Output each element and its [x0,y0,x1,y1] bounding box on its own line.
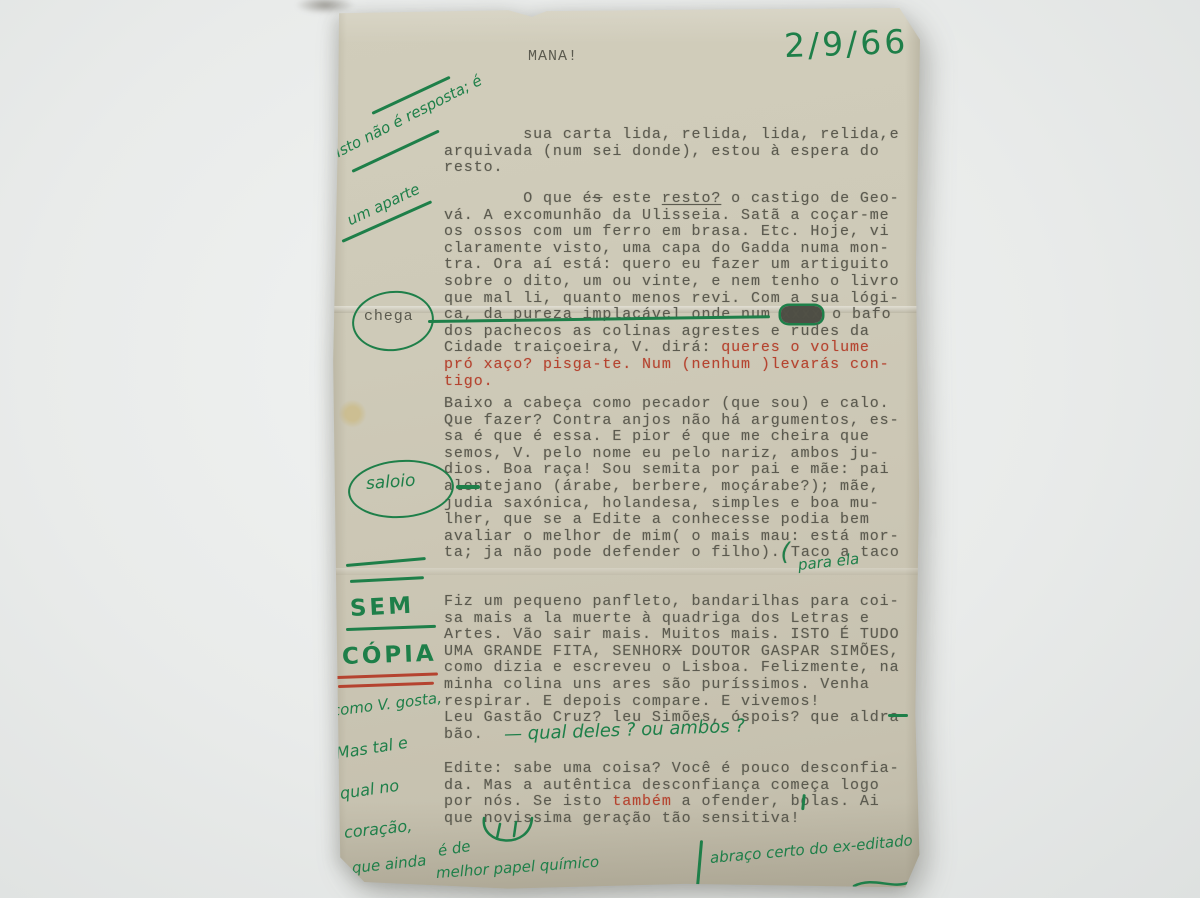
typed-paragraph-3: Baixo a cabeça como pecador (que sou) e … [444,395,926,561]
typed-line: Que fazer? Contra anjos não há argumento… [444,412,926,429]
typed-text-segment: sa é que é essa. E pior é que me cheira … [444,428,870,445]
typed-line: sobre o dito, um ou vinte, e nem tenho o… [444,273,926,290]
typed-text-segment: sa mais a la muerte à quadriga dos Letra… [444,610,870,627]
salutation: MANA! [528,48,578,65]
typed-line: O que és este resto? o castigo de Geo- [444,190,926,207]
typed-text-segment: dios. Boa raça! Sou semita por pai e mãe… [444,461,890,478]
doodle-face [478,814,540,854]
typed-text-segment: resto. [444,159,503,176]
typed-line: sua carta lida, relida, lida, relida,e [444,126,926,143]
margin-note-qual-no: qual no [339,776,401,803]
typed-line: claramente visto, uma capa do Gadda numa… [444,240,926,257]
typed-line: respirar. E depois compare. E vivemos! [444,693,926,710]
typed-line: da. Mas a autêntica desconfiança começa … [444,777,926,794]
typed-text-segment: Baixo a cabeça como pecador (que sou) e … [444,395,890,412]
typed-line: Edite: sabe uma coisa? Você é pouco desc… [444,760,926,777]
typed-line: Baixo a cabeça como pecador (que sou) e … [444,395,926,412]
typed-text-segment: avaliar o melhor de mim( o mais mau: est… [444,528,899,545]
typed-line: Cidade traiçoeira, V. dirá: queres o vol… [444,339,926,356]
letter-paper: MANA! 2/9/66 sua carta lida, relida, lid… [332,8,920,890]
typed-line: dos pachecos as colinas agrestes e rudes… [444,323,926,340]
letter-photo: MANA! 2/9/66 sua carta lida, relida, lid… [0,0,1200,898]
typed-line: sa é que é essa. E pior é que me cheira … [444,428,926,445]
typed-paragraph-1: sua carta lida, relida, lida, relida,ear… [444,126,926,176]
typed-text-segment: arquivada (num sei donde), estou à esper… [444,143,880,160]
typed-text-segment: este [602,190,661,207]
typed-text-segment: como dizia e escreveu o Lisboa. Felizmen… [444,659,899,676]
typed-text-segment: tigo. [444,373,494,390]
typed-line: lher, que se a Edite a conhecesse podia … [444,511,926,528]
typed-text-segment: claramente visto, uma capa do Gadda numa… [444,240,890,257]
typed-text-segment: lher, que se a Edite a conhecesse podia … [444,511,870,528]
margin-word-chega: chega [364,308,414,325]
typed-text-segment: xxxx [781,306,823,323]
note-e-de: é de [437,837,472,860]
typed-paragraph-2: O que és este resto? o castigo de Geo-vá… [444,190,926,389]
typed-text-segment: a ofender, bolas. Ai [672,793,880,810]
typed-line: por nós. Se isto também a ofender, bolas… [444,793,926,810]
typed-text-segment: pró xaço? pisga-te. Num (nenhum )levarás… [444,356,890,373]
typed-text-segment: respirar. E depois compare. E vivemos! [444,693,820,710]
typed-line: como dizia e escreveu o Lisboa. Felizmen… [444,659,926,676]
typed-text-segment: dos pachecos as colinas agrestes e rudes… [444,323,870,340]
typed-text-segment: tra. Ora aí está: quero eu fazer um arti… [444,256,890,273]
typed-text-segment: minha colina uns ares são puríssimos. Ve… [444,676,870,693]
typed-text-segment: Cidade traiçoeira, V. dirá: [444,339,721,356]
copia-red-underline [338,682,434,688]
typed-line: sa mais a la muerte à quadriga dos Letra… [444,610,926,627]
typed-line: dios. Boa raça! Sou semita por pai e mãe… [444,461,926,478]
copia-red-underline [336,672,438,679]
separator-bar [696,840,703,888]
typed-line: os ossos com um ferro em brasa. Etc. Hoj… [444,223,926,240]
typed-text-segment: DOUTOR GASPAR SIMÕES, [682,643,900,660]
margin-note-mas: Mas tal e [335,733,410,763]
equals-mark [350,576,424,582]
typed-line: semos, V. pelo nome eu pelo nariz, ambos… [444,445,926,462]
typed-line: tra. Ora aí está: quero eu fazer um arti… [444,256,926,273]
typed-line: alentejano (árabe, berbere, moçárabe?); … [444,478,926,495]
typed-line: avaliar o melhor de mim( o mais mau: est… [444,528,926,545]
typed-text-segment: da. Mas a autêntica desconfiança começa … [444,777,880,794]
typed-line: minha colina uns ares são puríssimos. Ve… [444,676,926,693]
typed-text-segment: O que é [444,190,593,207]
typed-text-segment: ta; ja não pode defender o filho). [444,544,781,561]
margin-note-copia: CÓPIA [342,641,438,670]
typed-text-segment: judia saxónica, holandesa, simples e boa… [444,495,880,512]
typed-line: tigo. [444,373,926,390]
typed-text-segment: Fiz um pequeno panfleto, bandarilhas par… [444,593,899,610]
typed-line: vá. A excomunhão da Ulisseia. Satã a coç… [444,207,926,224]
typed-text-segment: alentejano (árabe, berbere, moçárabe?); … [444,478,880,495]
typed-text-segment: resto? [662,190,721,207]
typed-line: Fiz um pequeno panfleto, bandarilhas par… [444,593,926,610]
equals-mark [346,557,426,566]
typed-text-segment: queres o volume [721,339,870,356]
typed-text-segment: também [612,793,671,810]
note-melhor-papel: melhor papel químico [435,853,599,882]
typed-text-segment: vá. A excomunhão da Ulisseia. Satã a coç… [444,207,890,224]
typed-line: arquivada (num sei donde), estou à esper… [444,143,926,160]
paper-wrap: MANA! 2/9/66 sua carta lida, relida, lid… [332,8,920,890]
typed-text-segment: sobre o dito, um ou vinte, e nem tenho o… [444,273,899,290]
note-abraco: abraço certo do ex-editado [709,831,913,867]
typed-text-segment: Artes. Vão sair mais. Muitos mais. ISTO … [444,626,899,643]
typed-line: resto. [444,159,926,176]
margin-note-saloio: saloio [365,471,416,494]
margin-note-sem: SEM [349,593,414,622]
typed-text-segment: o castigo de Geo- [721,190,899,207]
typed-text-segment: que mal li, quanto menos revi. Com a sua… [444,290,899,307]
signature-flourish [852,874,926,892]
typed-line: UMA GRANDE FITA, SENHORX DOUTOR GASPAR S… [444,643,926,660]
typed-text-segment: os ossos com um ferro em brasa. Etc. Hoj… [444,223,890,240]
typed-text-segment: ( [781,538,791,566]
typed-text-segment: bão. [444,726,484,743]
typed-line: que mal li, quanto menos revi. Com a sua… [444,290,926,307]
typed-line: judia saxónica, holandesa, simples e boa… [444,495,926,512]
typed-text-segment: UMA GRANDE FITA, SENHOR [444,643,672,660]
aldra-underline [888,714,908,717]
typed-text-segment: Que fazer? Contra anjos não há argumento… [444,412,899,429]
typed-text-segment: por nós. Se isto [444,793,612,810]
saloio-dash [456,485,480,489]
typed-text-segment: s [593,190,603,207]
typed-text-segment: semos, V. pelo nome eu pelo nariz, ambos… [444,445,880,462]
typed-text-segment: Edite: sabe uma coisa? Você é pouco desc… [444,760,899,777]
sem-underline [346,625,436,631]
date-handwritten: 2/9/66 [783,22,909,65]
typed-text-segment: o bafo [822,306,891,323]
typed-text-segment: X [672,643,682,660]
margin-note-coracao: coração, [343,816,413,842]
typed-line: pró xaço? pisga-te. Num (nenhum )levarás… [444,356,926,373]
typed-text-segment: sua carta lida, relida, lida, relida,e [444,126,899,143]
typed-line: Artes. Vão sair mais. Muitos mais. ISTO … [444,626,926,643]
margin-note-como: como V. gosta, [331,689,443,720]
margin-note-que-ainda: que ainda [351,851,427,877]
